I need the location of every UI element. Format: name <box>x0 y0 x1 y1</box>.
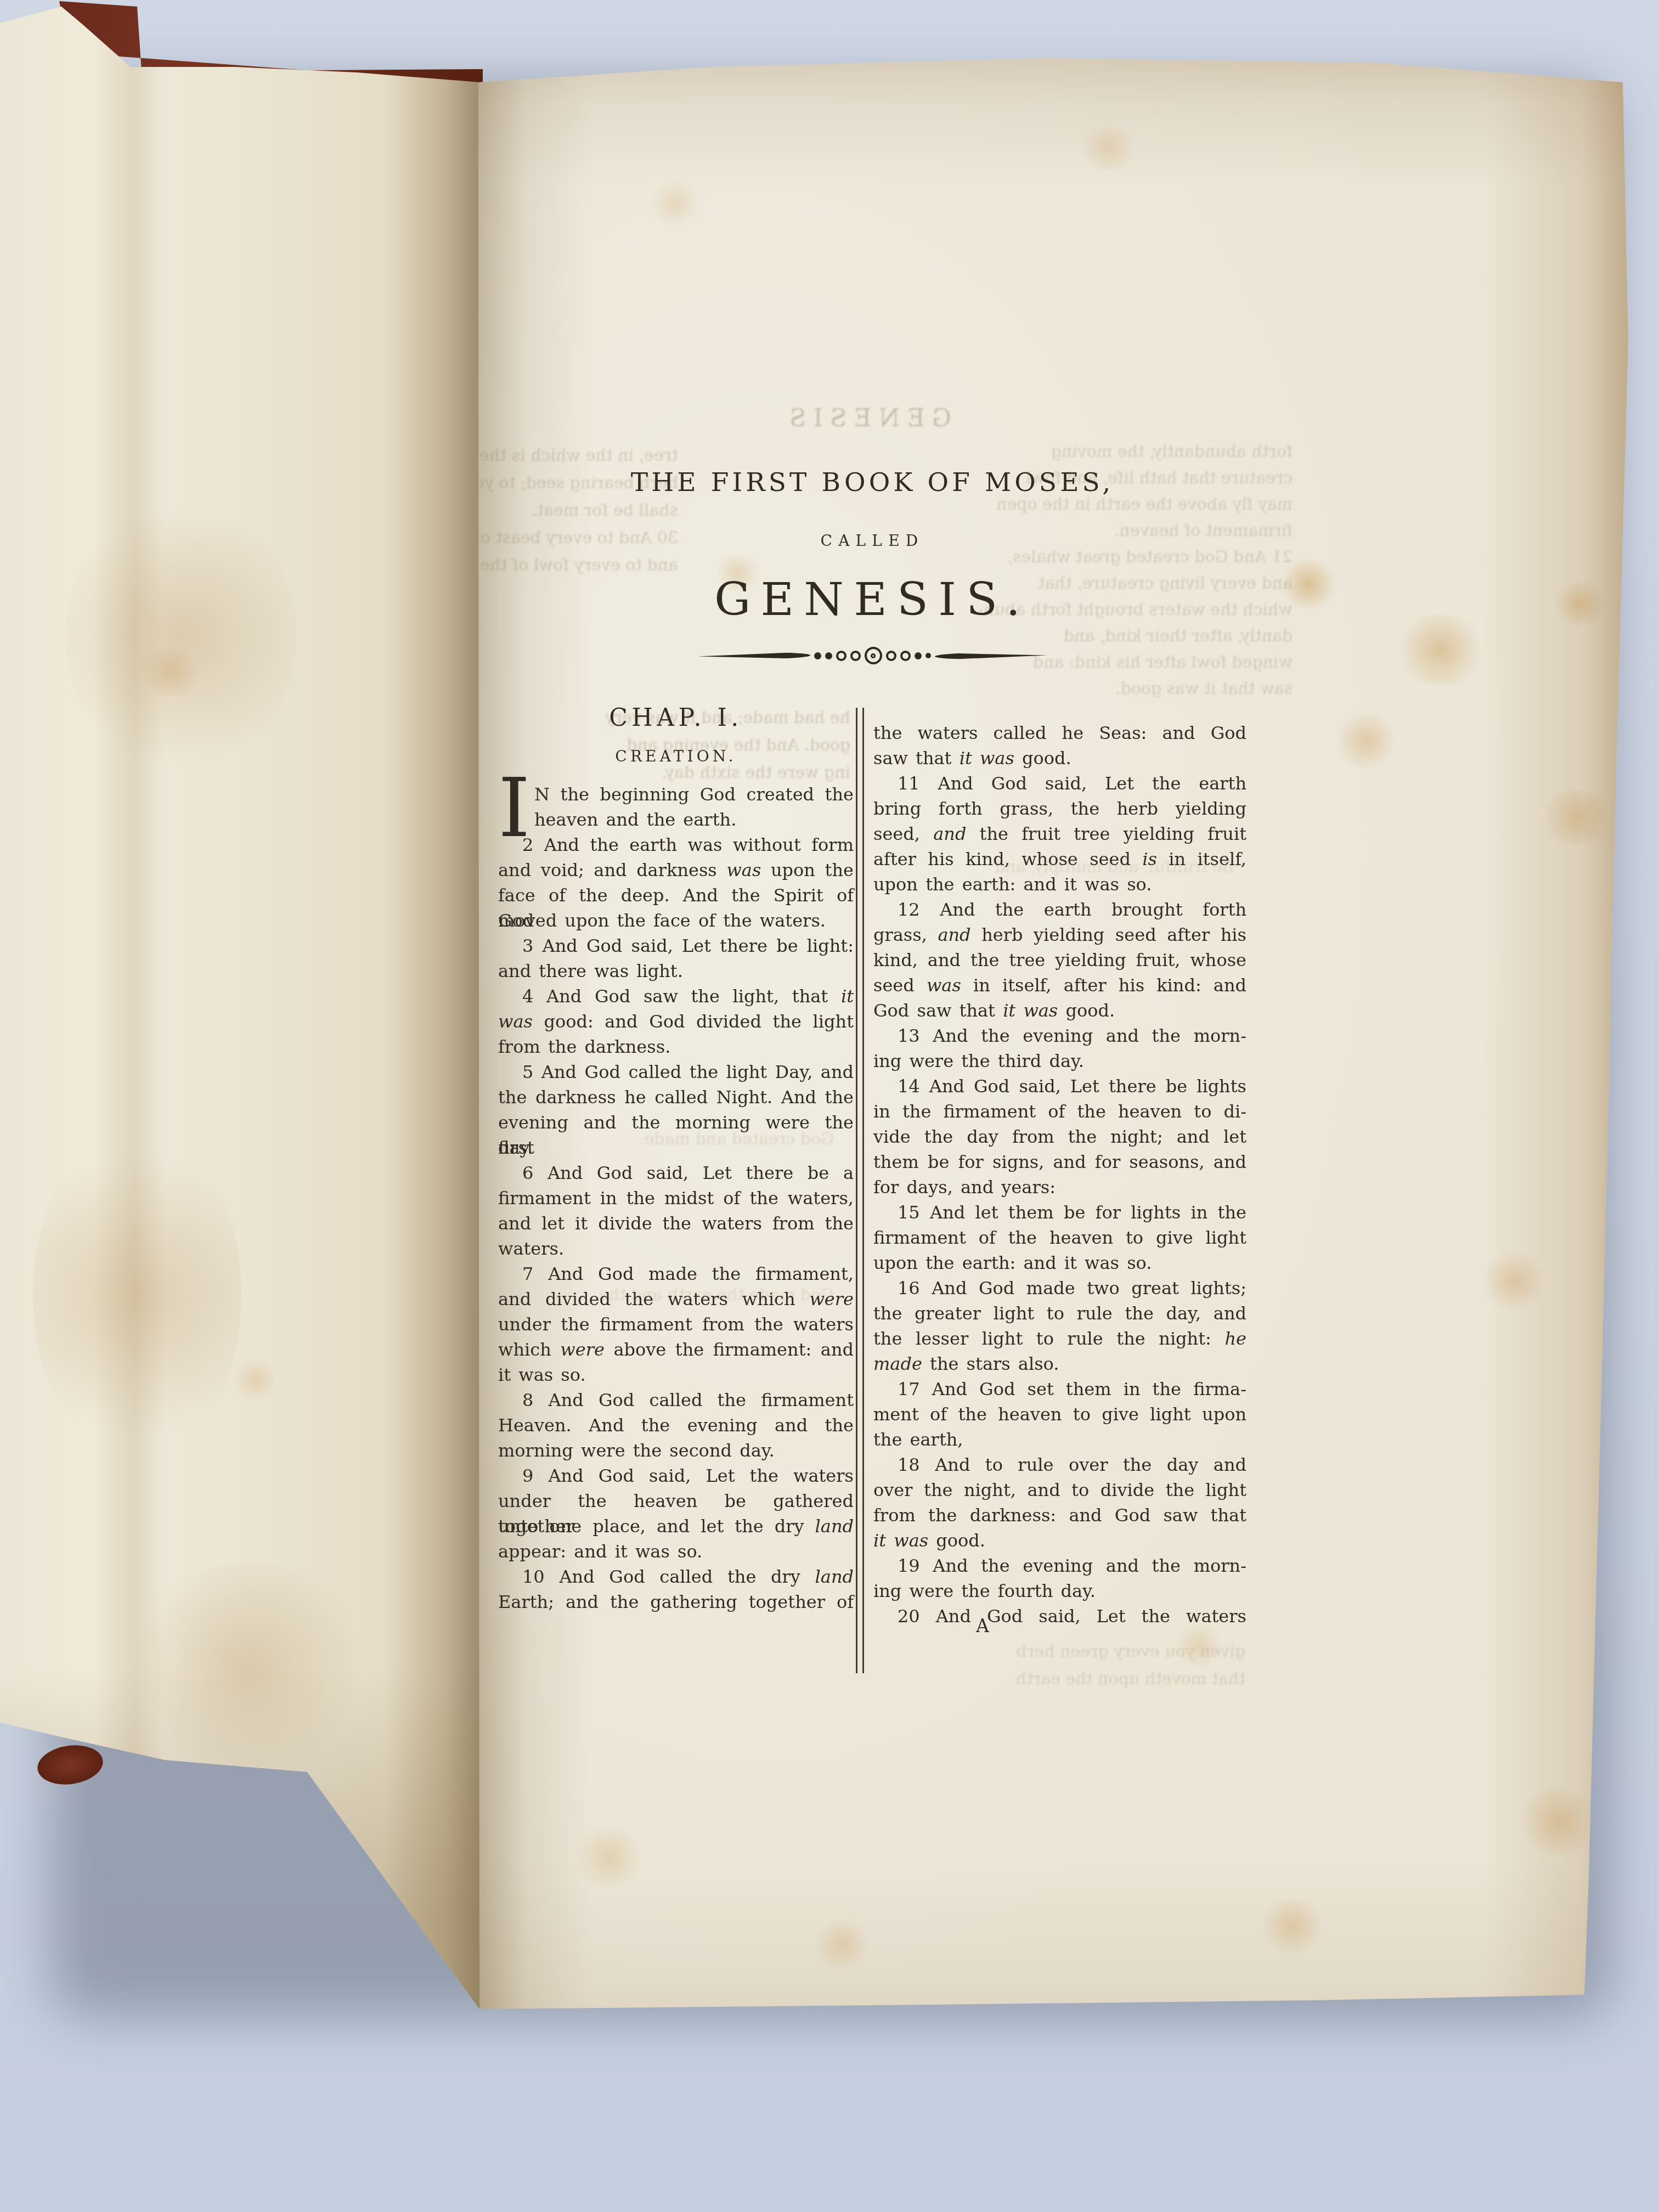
verse-line: the lesser light to rule the night: he <box>873 1326 1246 1351</box>
section-heading: CREATION. <box>498 747 854 766</box>
verse-line: and there was light. <box>498 958 854 984</box>
ornament-dot-icon <box>825 652 832 659</box>
verse: 15 And let them be for lights in thefirm… <box>873 1200 1246 1276</box>
verse-line: 6 And God said, Let there be a <box>498 1160 854 1186</box>
foxing-spot <box>1514 1788 1602 1854</box>
foxing-spot <box>1481 1251 1547 1311</box>
showthrough-line: GENESIS <box>719 404 1015 433</box>
verse-line: ment of the heaven to give light upon <box>873 1402 1246 1427</box>
verse: 10 And God called the dry landEarth; and… <box>498 1564 854 1615</box>
verse-line: over the night, and to divide the light <box>873 1477 1246 1503</box>
paper-stain <box>121 1564 373 1772</box>
page-header: THE FIRST BOOK OF MOSES, CALLED GENESIS. <box>494 467 1251 626</box>
verse-line: from the darkness: and God saw that <box>873 1503 1246 1528</box>
showthrough-running-head: GENESIS <box>719 404 1015 433</box>
foxing-spot <box>137 647 203 697</box>
ornament-ring-icon <box>850 651 861 661</box>
ornament-ring-icon <box>900 651 911 661</box>
verse-line: waters. <box>498 1236 854 1261</box>
verse: 20 And God said, Let the waters <box>873 1604 1246 1629</box>
verse-line: saw that it was good. <box>873 746 1246 771</box>
ornament-dot-icon <box>814 652 821 659</box>
verse-line: 14 And God said, Let there be lights <box>873 1074 1246 1099</box>
signature-mark: A <box>941 1615 1024 1637</box>
ornament-taper-left-icon <box>697 651 810 659</box>
left-column: CHAP. I. CREATION. IN the beginning God … <box>498 704 854 1615</box>
verse-line: unto one place, and let the dry land <box>498 1514 854 1539</box>
verse-line: and void; and darkness was upon the <box>498 857 854 883</box>
verse-line: which were above the firmament: and <box>498 1337 854 1362</box>
ornament-taper-right-icon <box>934 651 1047 659</box>
verse-line: made the stars also. <box>873 1351 1246 1376</box>
verse-line: 18 And to rule over the day and <box>873 1452 1246 1477</box>
verse-line: and divided the waters which were <box>498 1286 854 1312</box>
book-title: THE FIRST BOOK OF MOSES, <box>494 467 1251 498</box>
verse: 13 And the evening and the morn-ing were… <box>873 1023 1246 1074</box>
foxing-spot <box>1075 126 1141 170</box>
ornament-dot-icon <box>915 652 922 659</box>
verse-line: God saw that it was good. <box>873 998 1246 1023</box>
verse: 9 And God said, Let the watersunder the … <box>498 1463 854 1564</box>
verse-line: bring forth grass, the herb yielding <box>873 796 1246 821</box>
verse: 6 And God said, Let there be afirmament … <box>498 1160 854 1261</box>
verse: 14 And God said, Let there be lightsin t… <box>873 1074 1246 1200</box>
book-subtitle: CALLED <box>494 532 1251 550</box>
verse-line: kind, and the tree yielding fruit, whose <box>873 947 1246 973</box>
foxing-spot <box>571 1827 647 1887</box>
foxing-spot <box>1536 790 1618 845</box>
verse-line: ing were the fourth day. <box>873 1578 1246 1604</box>
verse-line: Heaven. And the evening and the <box>498 1413 854 1438</box>
printers-ornament <box>680 646 1064 665</box>
ornament-ring-icon <box>836 651 847 661</box>
verse-line: vide the day from the night; and let <box>873 1124 1246 1149</box>
verses-right: the waters called he Seas: and Godsaw th… <box>873 720 1246 1629</box>
foxing-spot <box>1333 713 1399 768</box>
verse-line: for days, and years: <box>873 1175 1246 1200</box>
verse: 18 And to rule over the day andover the … <box>873 1452 1246 1553</box>
showthrough-line: winged fowl after his kind: and <box>1068 650 1293 676</box>
foxing-spot <box>812 1920 872 1970</box>
verse-line: morning were the second day. <box>498 1438 854 1463</box>
verse-line: from the darkness. <box>498 1034 854 1059</box>
verse-line: heaven and the earth. <box>498 807 854 832</box>
verses-left: IN the beginning God created theheaven a… <box>498 782 854 1615</box>
showthrough-line: tree, in the which is the <box>481 442 678 470</box>
verse-line: face of the deep. And the Spirit of God <box>498 883 854 908</box>
verse-line: the earth, <box>873 1427 1246 1452</box>
foxing-spot <box>1393 614 1487 686</box>
ornament-center-ring-icon <box>865 647 882 664</box>
verse-line: 5 And God called the light Day, and <box>498 1059 854 1085</box>
foxing-spot <box>1553 582 1607 625</box>
verse-line: day. <box>498 1135 854 1160</box>
showthrough-line: dantly, after their kind, and <box>1068 623 1293 650</box>
verse-line: the darkness he called Night. And the <box>498 1085 854 1110</box>
verse-line: under the heaven be gathered together <box>498 1488 854 1514</box>
verse-line: upon the earth: and it was so. <box>873 872 1246 897</box>
showthrough-line: saw that it was good. <box>1068 676 1293 702</box>
verse-line: N the beginning God created the <box>498 782 854 807</box>
verse-line: it was good. <box>873 1528 1246 1553</box>
verse-line: 11 And God said, Let the earth <box>873 771 1246 796</box>
verse: 12 And the earth brought forthgrass, and… <box>873 897 1246 1023</box>
showthrough-line: given you every green herb <box>883 1638 1245 1666</box>
verse-line: 9 And God said, Let the waters <box>498 1463 854 1488</box>
verse-line: under the firmament from the waters <box>498 1312 854 1337</box>
verse: 4 And God saw the light, that itwas good… <box>498 984 854 1059</box>
verse-line: after his kind, whose seed is in itself, <box>873 847 1246 872</box>
paper-stain <box>66 494 296 779</box>
verse: 5 And God called the light Day, andthe d… <box>498 1059 854 1160</box>
column-divider-rule <box>856 708 864 1673</box>
verse: 8 And God called the firmamentHeaven. An… <box>498 1387 854 1463</box>
photo-of-open-bible: GENESIS tree, in the which is theherb be… <box>0 0 1659 2212</box>
verse-line: in the firmament of the heaven to di- <box>873 1099 1246 1124</box>
verse-line: 8 And God called the firmament <box>498 1387 854 1413</box>
verse-line: and let it divide the waters from the <box>498 1211 854 1236</box>
ornament-dot-icon <box>926 653 931 658</box>
verse: 17 And God set them in the firma-ment of… <box>873 1376 1246 1452</box>
verse: 7 And God made the firmament,and divided… <box>498 1261 854 1387</box>
foxing-spot <box>647 181 702 225</box>
showthrough-line: that moveth upon the earth <box>883 1666 1245 1693</box>
verse-line: seed was in itself, after his kind: and <box>873 973 1246 998</box>
verse: the waters called he Seas: and Godsaw th… <box>873 720 1246 771</box>
verse: 11 And God said, Let the earthbring fort… <box>873 771 1246 897</box>
verse-line: 2 And the earth was without form <box>498 832 854 857</box>
showthrough-line: forth abundantly, the moving <box>1068 439 1293 465</box>
verse-line: was good: and God divided the light <box>498 1009 854 1034</box>
verse-line: 3 And God said, Let there be light: <box>498 933 854 958</box>
chapter-heading: CHAP. I. <box>498 704 854 732</box>
verse-line: 15 And let them be for lights in the <box>873 1200 1246 1225</box>
foxing-spot <box>230 1361 280 1399</box>
verse-line: firmament of the heaven to give light <box>873 1225 1246 1250</box>
paper-stain <box>33 1125 241 1465</box>
verse-line: them be for signs, and for seasons, and <box>873 1149 1246 1175</box>
verse-line: firmament in the midst of the waters, <box>498 1186 854 1211</box>
verse-line: moved upon the face of the waters. <box>498 908 854 933</box>
verse: IN the beginning God created theheaven a… <box>498 782 854 832</box>
verse-line: 13 And the evening and the morn- <box>873 1023 1246 1048</box>
verse-line: appear: and it was so. <box>498 1539 854 1564</box>
ornament-ring-icon <box>886 651 896 661</box>
verse-line: 7 And God made the firmament, <box>498 1261 854 1286</box>
verse-line: Earth; and the gathering together of <box>498 1589 854 1615</box>
verse-line: upon the earth: and it was so. <box>873 1250 1246 1276</box>
verse-line: 4 And God saw the light, that it <box>498 984 854 1009</box>
verse-line: 20 And God said, Let the waters <box>873 1604 1246 1629</box>
verse-line: 10 And God called the dry land <box>498 1564 854 1589</box>
verse: 3 And God said, Let there be light:and t… <box>498 933 854 984</box>
verse-line: 16 And God made two great lights; <box>873 1276 1246 1301</box>
verse-line: it was so. <box>498 1362 854 1387</box>
book-name: GENESIS. <box>494 573 1251 626</box>
verse: 16 And God made two great lights;the gre… <box>873 1276 1246 1376</box>
verse-line: seed, and the fruit tree yielding fruit <box>873 821 1246 847</box>
verse-line: the waters called he Seas: and God <box>873 720 1246 746</box>
showthrough-text: given you every green herbthat moveth up… <box>883 1638 1245 1693</box>
verse: 19 And the evening and the morn-ing were… <box>873 1553 1246 1604</box>
right-column: the waters called he Seas: and Godsaw th… <box>873 704 1246 1629</box>
verse-line: 17 And God set them in the firma- <box>873 1376 1246 1402</box>
verse-line: 19 And the evening and the morn- <box>873 1553 1246 1578</box>
foxing-spot <box>1256 1898 1328 1953</box>
verse: 2 And the earth was without formand void… <box>498 832 854 933</box>
verse-line: ing were the third day. <box>873 1048 1246 1074</box>
verse-line: the greater light to rule the day, and <box>873 1301 1246 1326</box>
drop-cap: I <box>498 780 530 837</box>
verse-line: grass, and herb yielding seed after his <box>873 922 1246 947</box>
verse-line: evening and the morning were the first <box>498 1110 854 1135</box>
verse-line: 12 And the earth brought forth <box>873 897 1246 922</box>
